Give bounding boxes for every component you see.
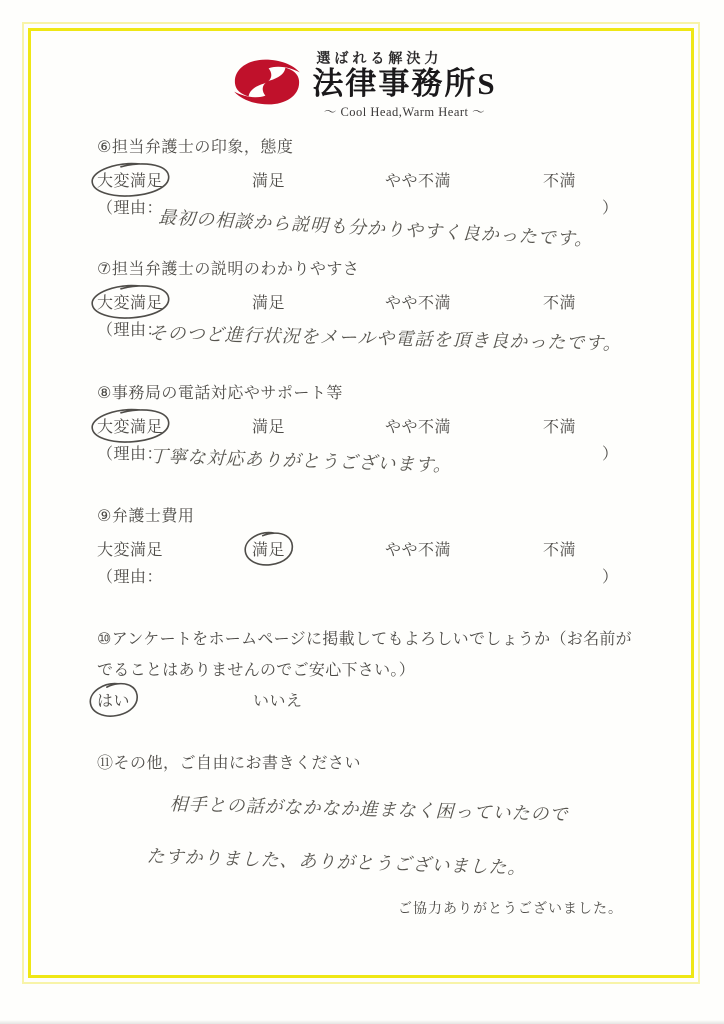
question-title: ⑪その他，ご自由にお書きください xyxy=(97,754,638,774)
handwritten-comment-line1: 相手との話がなかなか進まなく困っていたので xyxy=(169,790,569,826)
option-no: いいえ xyxy=(253,688,303,711)
firm-slogan: ～ Cool Head,Warm Heart ～ xyxy=(324,102,485,120)
handdrawn-circle-icon xyxy=(85,677,142,721)
reason-close-paren: ） xyxy=(602,441,619,464)
selected-answer: はい xyxy=(97,688,130,711)
option-dissatisfied: 不満 xyxy=(543,414,576,437)
firm-logo-text: 選ばれる解決力 法律事務所S ～ Cool Head,Warm Heart ～ xyxy=(312,48,496,120)
handwritten-comment-line2: たすかりました、ありがとうございました。 xyxy=(146,842,527,880)
option-satisfied: 満足 xyxy=(252,414,285,437)
firm-logo-s-icon xyxy=(227,54,307,110)
question-text-line1: ⑩アンケートをホームページに掲載してもよろしいでしょうか（お名前が xyxy=(97,624,638,655)
selected-answer: 大変満足 xyxy=(97,290,163,313)
scanned-survey-sheet: 選ばれる解決力 法律事務所S ～ Cool Head,Warm Heart ～ … xyxy=(0,0,724,1024)
reason-line: （理由： そのつど進行状況をメールや電話を頂き良かったです。 xyxy=(97,317,638,343)
rating-options: 大変満足 満足 やや不満 不満 xyxy=(97,414,638,436)
handdrawn-circle-icon xyxy=(241,528,295,569)
reason-line: （理由： ） 最初の相談から説明も分かりやすく良かったです。 xyxy=(97,195,638,221)
handwritten-reason: 最初の相談から説明も分かりやすく良かったです。 xyxy=(158,203,594,252)
question-8: ⑧事務局の電話対応やサポート等 大変満足 満足 やや不満 不満 （理由： ） xyxy=(97,384,638,467)
option-somewhat-dissatisfied: やや不満 xyxy=(385,414,451,437)
rating-options: 大変満足 満足 やや不満 不満 xyxy=(97,290,638,312)
rating-options: 大変満足 満足 やや不満 不満 xyxy=(97,537,638,559)
reason-label: （理由： xyxy=(97,569,163,586)
question-9: ⑨弁護士費用 大変満足 満足 やや不満 不満 （理由： ） xyxy=(97,507,638,590)
handwritten-reason: そのつど進行状況をメールや電話を頂き良かったです。 xyxy=(148,319,622,356)
reason-line: （理由： ） 丁寧な対応ありがとうございます。 xyxy=(97,441,638,467)
selected-answer: 大変満足 xyxy=(97,414,163,437)
reason-line: （理由： ） xyxy=(97,564,638,590)
option-somewhat-dissatisfied: やや不満 xyxy=(385,537,451,560)
question-title: ⑨弁護士費用 xyxy=(97,507,638,527)
letterhead: 選ばれる解決力 法律事務所S ～ Cool Head,Warm Heart ～ xyxy=(0,48,724,120)
option-dissatisfied: 不満 xyxy=(543,537,576,560)
option-very-satisfied: 大変満足 xyxy=(97,414,163,437)
selected-answer: 満足 xyxy=(252,537,285,560)
handwritten-reason: 丁寧な対応ありがとうございます。 xyxy=(149,442,452,477)
firm-tagline: 選ばれる解決力 xyxy=(316,48,442,68)
rating-options: 大変満足 満足 やや不満 不満 xyxy=(97,168,638,190)
option-very-satisfied: 大変満足 xyxy=(97,537,163,560)
firm-name: 法律事務所S xyxy=(312,68,496,101)
question-title: ⑦担当弁護士の説明のわかりやすさ xyxy=(97,260,638,280)
selected-answer: 大変満足 xyxy=(97,168,163,191)
reason-close-paren: ） xyxy=(602,195,619,218)
question-text-line2: でることはありませんのでご安心下さい。） xyxy=(97,655,638,686)
reason-label: （理由： xyxy=(97,200,163,217)
reason-close-paren: ） xyxy=(602,564,619,587)
option-very-satisfied: 大変満足 xyxy=(97,290,163,313)
option-very-satisfied: 大変満足 xyxy=(97,168,163,191)
option-somewhat-dissatisfied: やや不満 xyxy=(385,168,451,191)
question-6: ⑥担当弁護士の印象，態度 大変満足 満足 やや不満 不満 （理由： ） 最初 xyxy=(97,138,638,221)
question-title: ⑧事務局の電話対応やサポート等 xyxy=(97,384,638,404)
option-satisfied: 満足 xyxy=(252,537,285,560)
question-10: ⑩アンケートをホームページに掲載してもよろしいでしょうか（お名前が でることはあ… xyxy=(97,624,638,710)
option-satisfied: 満足 xyxy=(252,168,285,191)
question-11: ⑪その他，ご自由にお書きください 相手との話がなかなか進まなく困っていたので た… xyxy=(97,754,638,934)
question-title: ⑥担当弁護士の印象，態度 xyxy=(97,138,638,158)
option-satisfied: 満足 xyxy=(252,290,285,313)
option-dissatisfied: 不満 xyxy=(543,290,576,313)
option-yes: はい xyxy=(97,688,130,711)
yes-no-options: はい いいえ xyxy=(97,688,638,710)
option-somewhat-dissatisfied: やや不満 xyxy=(385,290,451,313)
option-dissatisfied: 不満 xyxy=(543,168,576,191)
closing-thanks: ご協力ありがとうございました。 xyxy=(97,898,638,918)
question-7: ⑦担当弁護士の説明のわかりやすさ 大変満足 満足 やや不満 不満 （理由： xyxy=(97,260,638,343)
